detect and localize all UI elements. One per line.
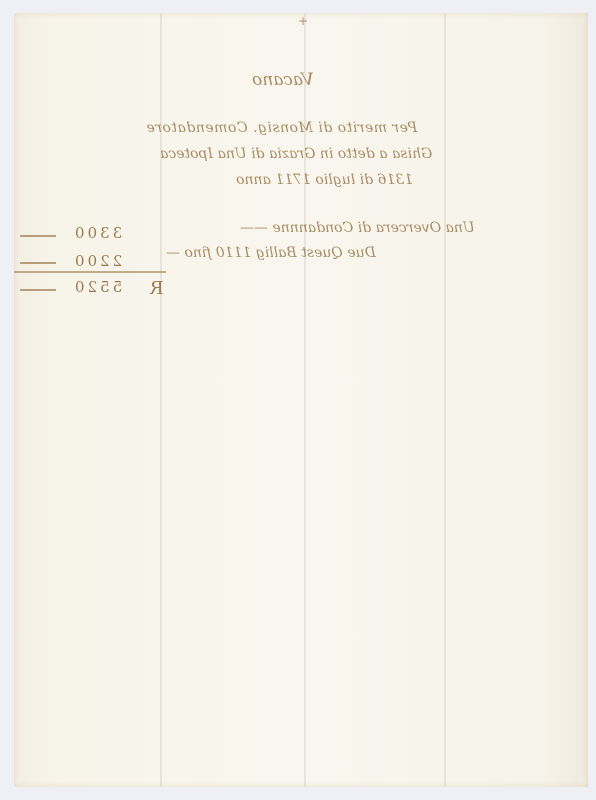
text-line: Ghisa a detto in Grazia di Una Ipoteca	[160, 146, 432, 162]
entry-amount: 3300	[72, 224, 122, 242]
text-line: 1316 di luglio 1711 anno	[236, 172, 413, 188]
total-symbol: R	[150, 278, 164, 299]
leader-dash	[20, 289, 56, 291]
total-amount: 5520	[72, 278, 122, 296]
leader-dash	[20, 262, 56, 264]
entry-label: Due Quest Ballig 1110 fino —	[166, 245, 376, 261]
leader-dash	[20, 235, 56, 237]
cross-mark: +	[298, 14, 308, 28]
entry-label: Una Overcera di Condannne ——	[240, 220, 475, 236]
entry-amount: 2200	[72, 252, 122, 270]
text-line: Per merito di Monsig. Comendatore	[146, 120, 417, 136]
fold-line	[444, 13, 446, 787]
total-rule	[14, 271, 166, 273]
heading: Vacano	[252, 70, 314, 90]
